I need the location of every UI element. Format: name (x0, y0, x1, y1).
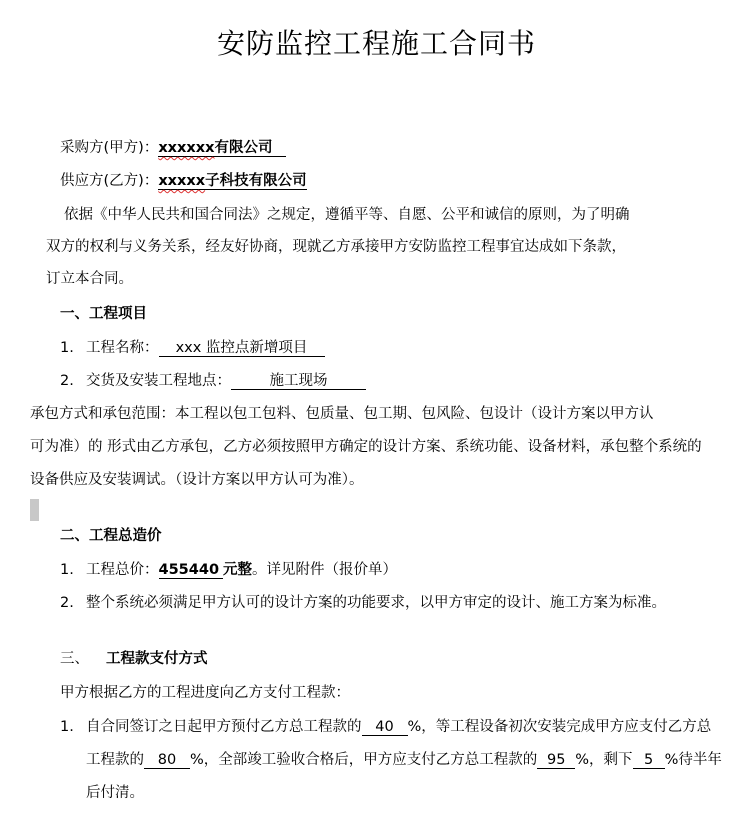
supplier-name-placeholder: xxxxx (158, 173, 205, 189)
design-requirement-line: 2.整个系统必须满足甲方认可的设计方案的功能要求，以甲方审定的设计、施工方案为标… (60, 594, 666, 612)
project-name-label: 工程名称： (86, 340, 159, 356)
total-price-note: 。详见附件（报价单） (252, 562, 397, 578)
item-number: 2. (60, 594, 86, 612)
supplier-name: xxxxx子科技有限公司 (158, 173, 306, 190)
document-title: 安防监控工程施工合同书 (0, 22, 753, 62)
site-label: 交货及安装工程地点： (86, 373, 231, 389)
acceptance-percent: 95 (537, 752, 575, 769)
design-requirement-text: 整个系统必须满足甲方认可的设计方案的功能要求，以甲方审定的设计、施工方案为标准。 (86, 595, 666, 611)
payment-text: %待半年 (665, 752, 722, 768)
payment-intro: 甲方根据乙方的工程进度向乙方支付工程款： (60, 684, 350, 702)
item-number: 1. (60, 339, 86, 357)
section-3-number: 三、 (60, 650, 106, 668)
supplier-name-suffix: 子科技有限公司 (205, 173, 307, 189)
item-number: 1. (60, 718, 86, 736)
scope-line-1: 承包方式和承包范围：本工程以包工包料、包质量、包工期、包风险、包设计（设计方案以… (30, 405, 654, 423)
payment-text: %，全部竣工验收合格后，甲方应支付乙方总工程款的 (190, 752, 537, 768)
supplier-label: 供应方(乙方)： (60, 173, 158, 189)
buyer-name-placeholder: xxxxxx (158, 140, 214, 156)
site-line: 2.交货及安装工程地点：施工现场 (60, 372, 366, 390)
payment-line-3: 后付清。 (86, 784, 144, 802)
scope-line-2: 可为准）的 形式由乙方承包，乙方必须按照甲方确定的设计方案、系统功能、设备材料，… (30, 438, 702, 456)
payment-line-2: 工程款的80%，全部竣工验收合格后，甲方应支付乙方总工程款的95%，剩下5%待半… (86, 751, 722, 769)
intro-line-1: 依据《中华人民共和国合同法》之规定，遵循平等、自愿、公平和诚信的原则，为了明确 (64, 206, 630, 224)
advance-percent: 40 (362, 719, 408, 736)
scope-line-3: 设备供应及安装调试。（设计方案以甲方认可为准）。 (30, 471, 364, 489)
total-price-label: 工程总价： (86, 562, 159, 578)
section-1-heading: 一、工程项目 (60, 305, 147, 323)
remaining-percent: 5 (633, 752, 665, 769)
buyer-name: xxxxxx有限公司 (158, 140, 286, 157)
payment-text: %，剩下 (575, 752, 632, 768)
item-number: 2. (60, 372, 86, 390)
payment-text: %，等工程设备初次安装完成甲方应支付乙方总 (408, 719, 712, 735)
payment-text: 自合同签订之日起甲方预付乙方总工程款的 (86, 719, 362, 735)
site-value: 施工现场 (231, 373, 366, 390)
install-percent: 80 (144, 752, 190, 769)
text-cursor-marker (30, 499, 39, 521)
item-number: 1. (60, 561, 86, 579)
intro-line-3: 订立本合同。 (46, 270, 133, 288)
total-price-amount: 455440 (159, 562, 224, 579)
buyer-line: 采购方(甲方)：xxxxxx有限公司 (60, 139, 286, 157)
supplier-line: 供应方(乙方)：xxxxx子科技有限公司 (60, 172, 307, 190)
project-name-line: 1.工程名称：xxx 监控点新增项目 (60, 339, 325, 357)
buyer-label: 采购方(甲方)： (60, 140, 158, 156)
total-price-line: 1.工程总价：455440元整。详见附件（报价单） (60, 561, 397, 579)
buyer-name-suffix: 有限公司 (214, 140, 272, 156)
section-2-heading: 二、工程总造价 (60, 527, 162, 545)
section-3-heading: 三、工程款支付方式 (60, 650, 208, 668)
section-3-title: 工程款支付方式 (106, 651, 208, 667)
payment-line-1: 1.自合同签订之日起甲方预付乙方总工程款的40%，等工程设备初次安装完成甲方应支… (60, 718, 711, 736)
intro-line-2: 双方的权利与义务关系，经友好协商，现就乙方承接甲方安防监控工程事宜达成如下条款， (46, 238, 626, 256)
project-name-value: xxx 监控点新增项目 (159, 340, 325, 357)
payment-text: 工程款的 (86, 752, 144, 768)
total-price-unit: 元整 (223, 562, 252, 578)
